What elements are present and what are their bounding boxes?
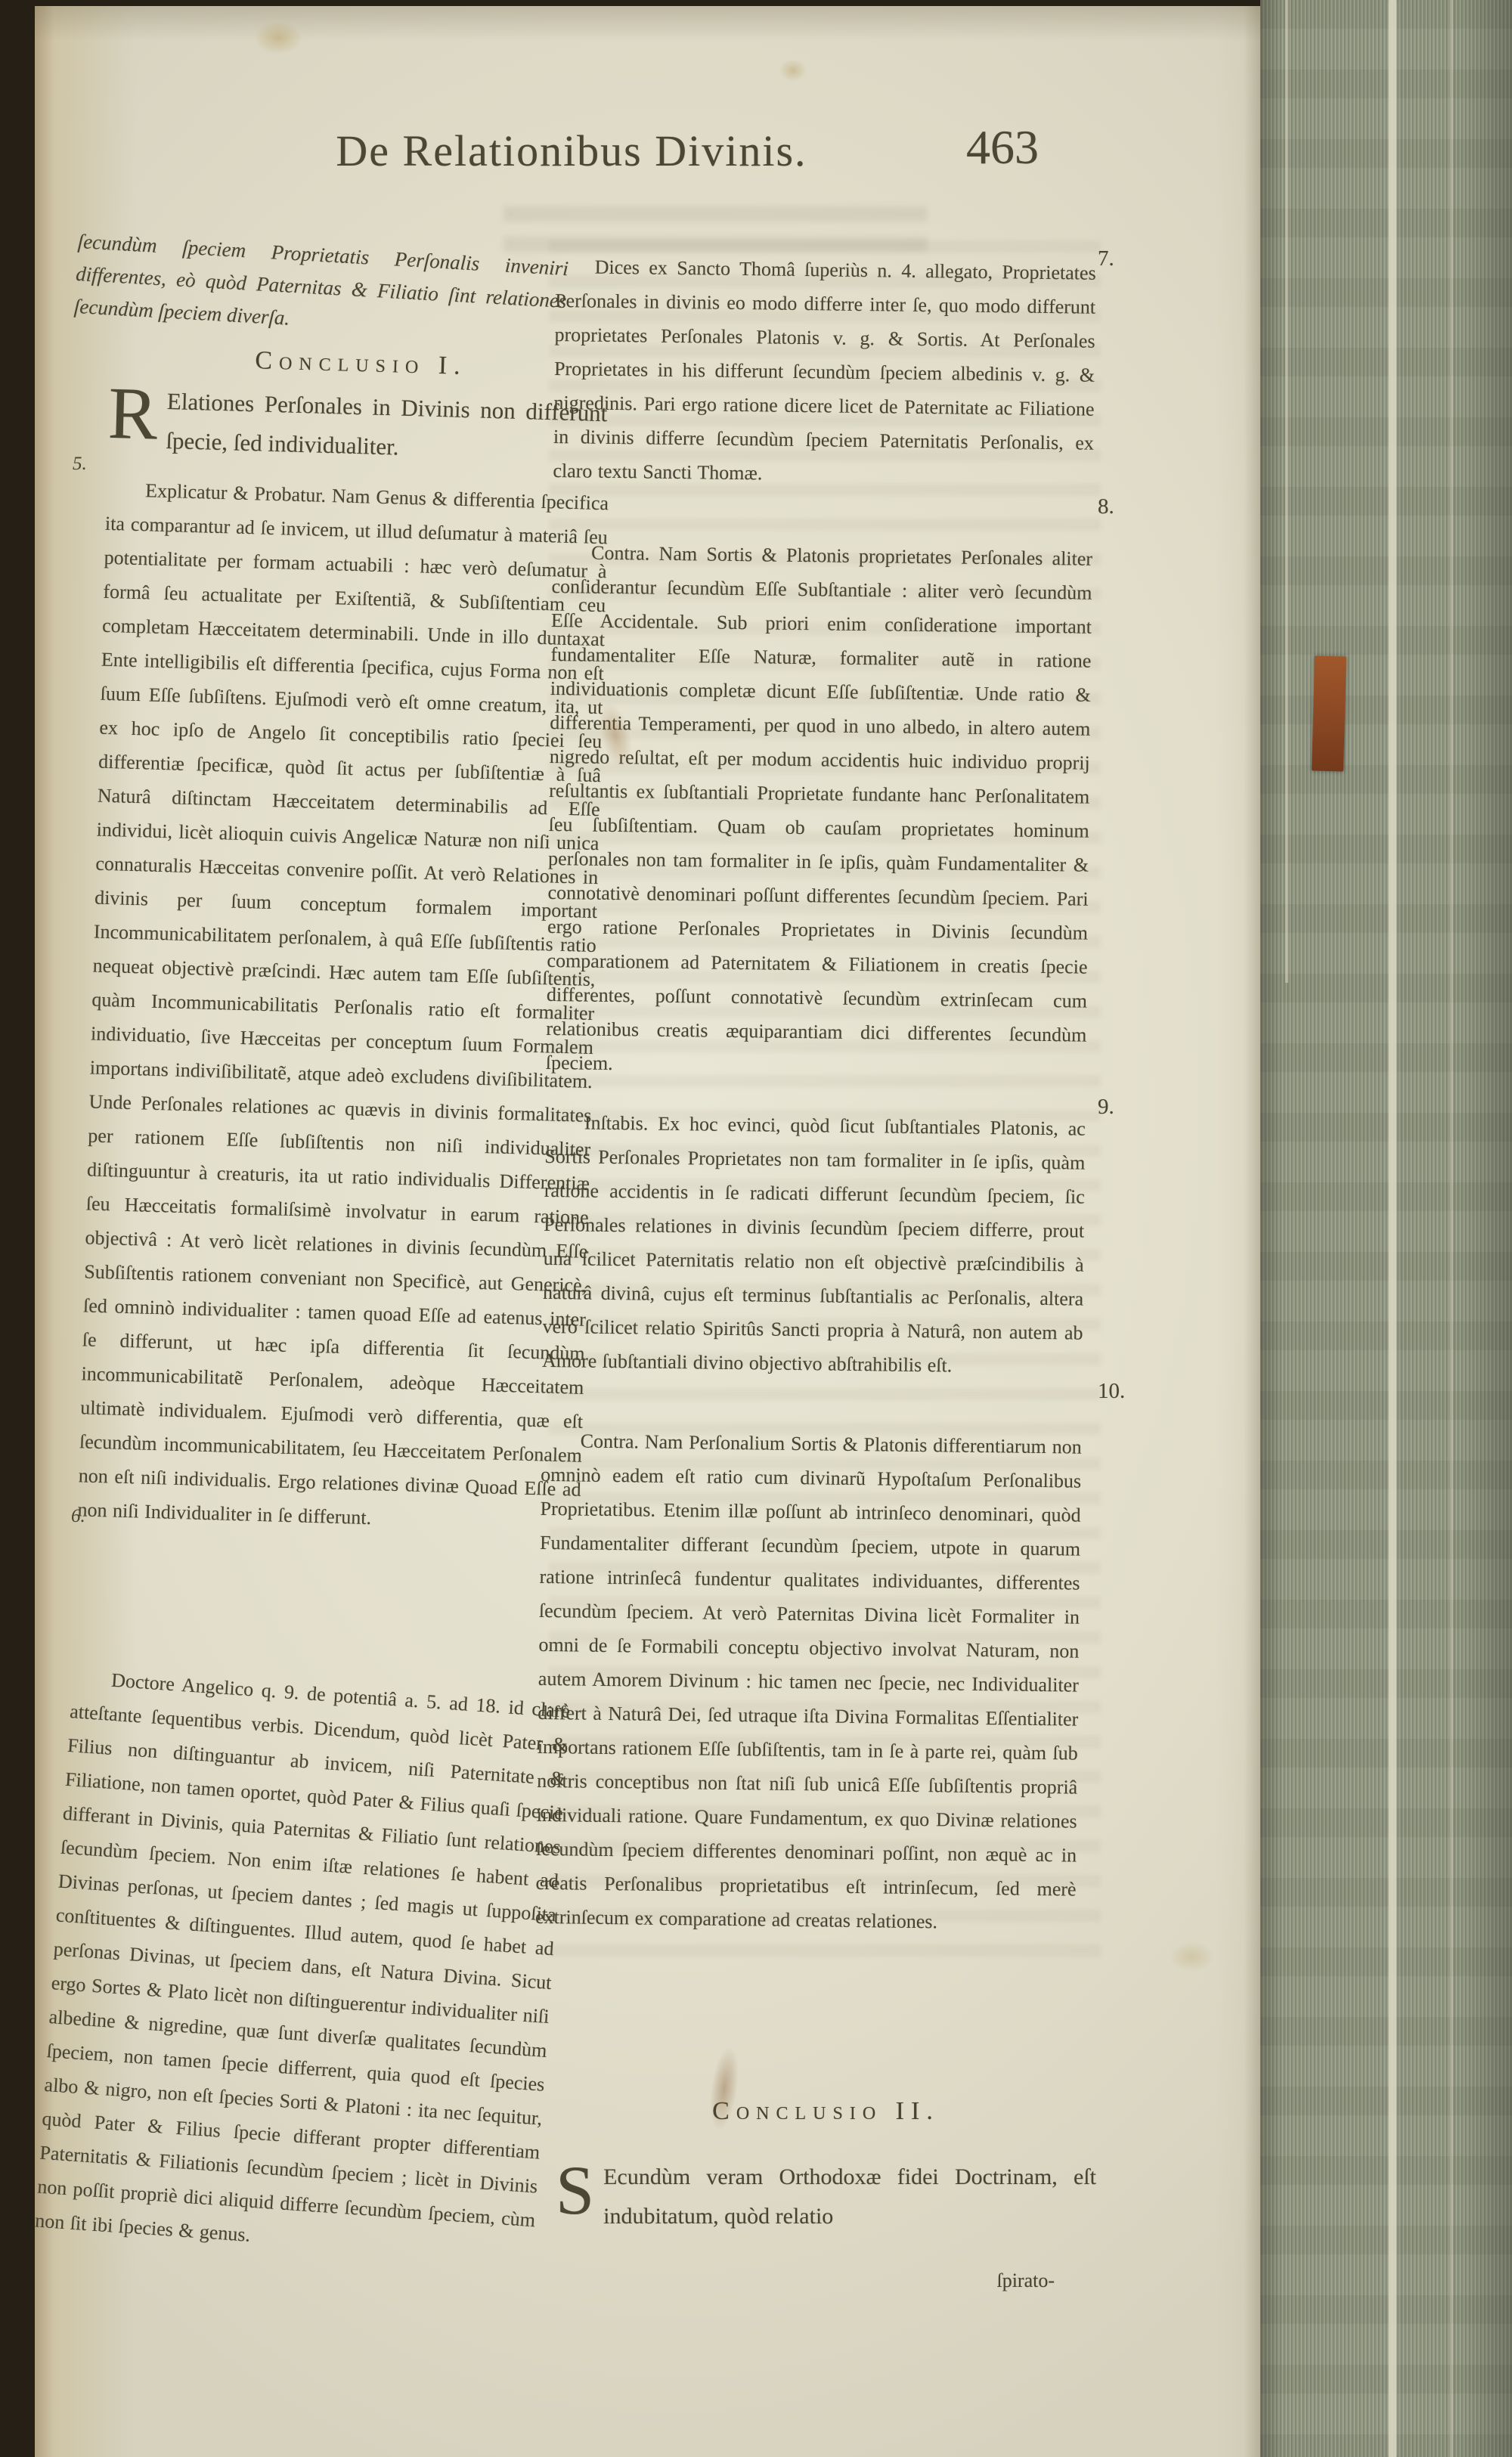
book-fore-edge bbox=[1260, 0, 1512, 2457]
leather-bookmark-tab bbox=[1312, 655, 1346, 771]
fore-edge-gap bbox=[1389, 0, 1396, 2457]
drop-cap-R: R bbox=[107, 380, 168, 444]
thesis-paragraph-1: RElationes Perſonales in Divinis non dif… bbox=[107, 380, 608, 472]
section-heading-conclusio-2: Conclusio II. bbox=[556, 2097, 1096, 2126]
margin-number-9: 9. bbox=[1098, 1095, 1114, 1120]
foxing-stain bbox=[1169, 1941, 1214, 1972]
margin-number-7: 7. bbox=[1098, 246, 1114, 271]
paragraph-7: Dices ex Sancto Thomâ ſuperiùs n. 4. all… bbox=[553, 249, 1096, 494]
paragraph-8: Contra. Nam Sortis & Platonis proprietat… bbox=[546, 535, 1093, 1086]
fore-edge-gap bbox=[1285, 0, 1288, 983]
paragraph-9: Inſtabis. Ex hoc evinci, quòd ſicut ſubſ… bbox=[542, 1105, 1086, 1384]
margin-number-8: 8. bbox=[1098, 494, 1114, 519]
section-heading-conclusio-1: Conclusio I. bbox=[110, 342, 613, 386]
paragraph-doctore-angelico: Doctore Angelico q. 9. de potentiâ a. 5.… bbox=[35, 1660, 571, 2271]
foxing-stain bbox=[779, 59, 807, 82]
foxing-stain bbox=[254, 21, 302, 54]
left-column: Conclusio I. RElationes Perſonales in Di… bbox=[51, 330, 613, 2452]
catchword: ſpirato- bbox=[556, 2270, 1055, 2292]
thesis-text: Elationes Perſonales in Divinis non diff… bbox=[166, 388, 608, 460]
right-column: Dices ex Sancto Thomâ ſuperiùs n. 4. all… bbox=[532, 249, 1096, 2161]
margin-number-10: 10. bbox=[1098, 1379, 1125, 1404]
thesis-paragraph-2: SEcundùm veram Orthodoxæ fidei Doctrinam… bbox=[556, 2158, 1096, 2236]
page-title: De Relationibus Divinis. bbox=[171, 125, 972, 176]
drop-cap-S: S bbox=[556, 2158, 603, 2218]
page-number: 463 bbox=[966, 119, 1039, 175]
fore-edge-gap bbox=[1450, 0, 1453, 2457]
paragraph-explicatur: Explicatur & Probatur. Nam Genus & diffe… bbox=[77, 472, 609, 1541]
paragraph-10: Contra. Nam Perſonalium Sortis & Platoni… bbox=[535, 1424, 1082, 1941]
book-page: De Relationibus Divinis. 463 ſecundùm ſp… bbox=[35, 6, 1260, 2457]
thesis-2-text: Ecundùm veram Orthodoxæ fidei Doctrinam,… bbox=[603, 2164, 1096, 2229]
margin-mark-5: 5. bbox=[73, 454, 87, 475]
